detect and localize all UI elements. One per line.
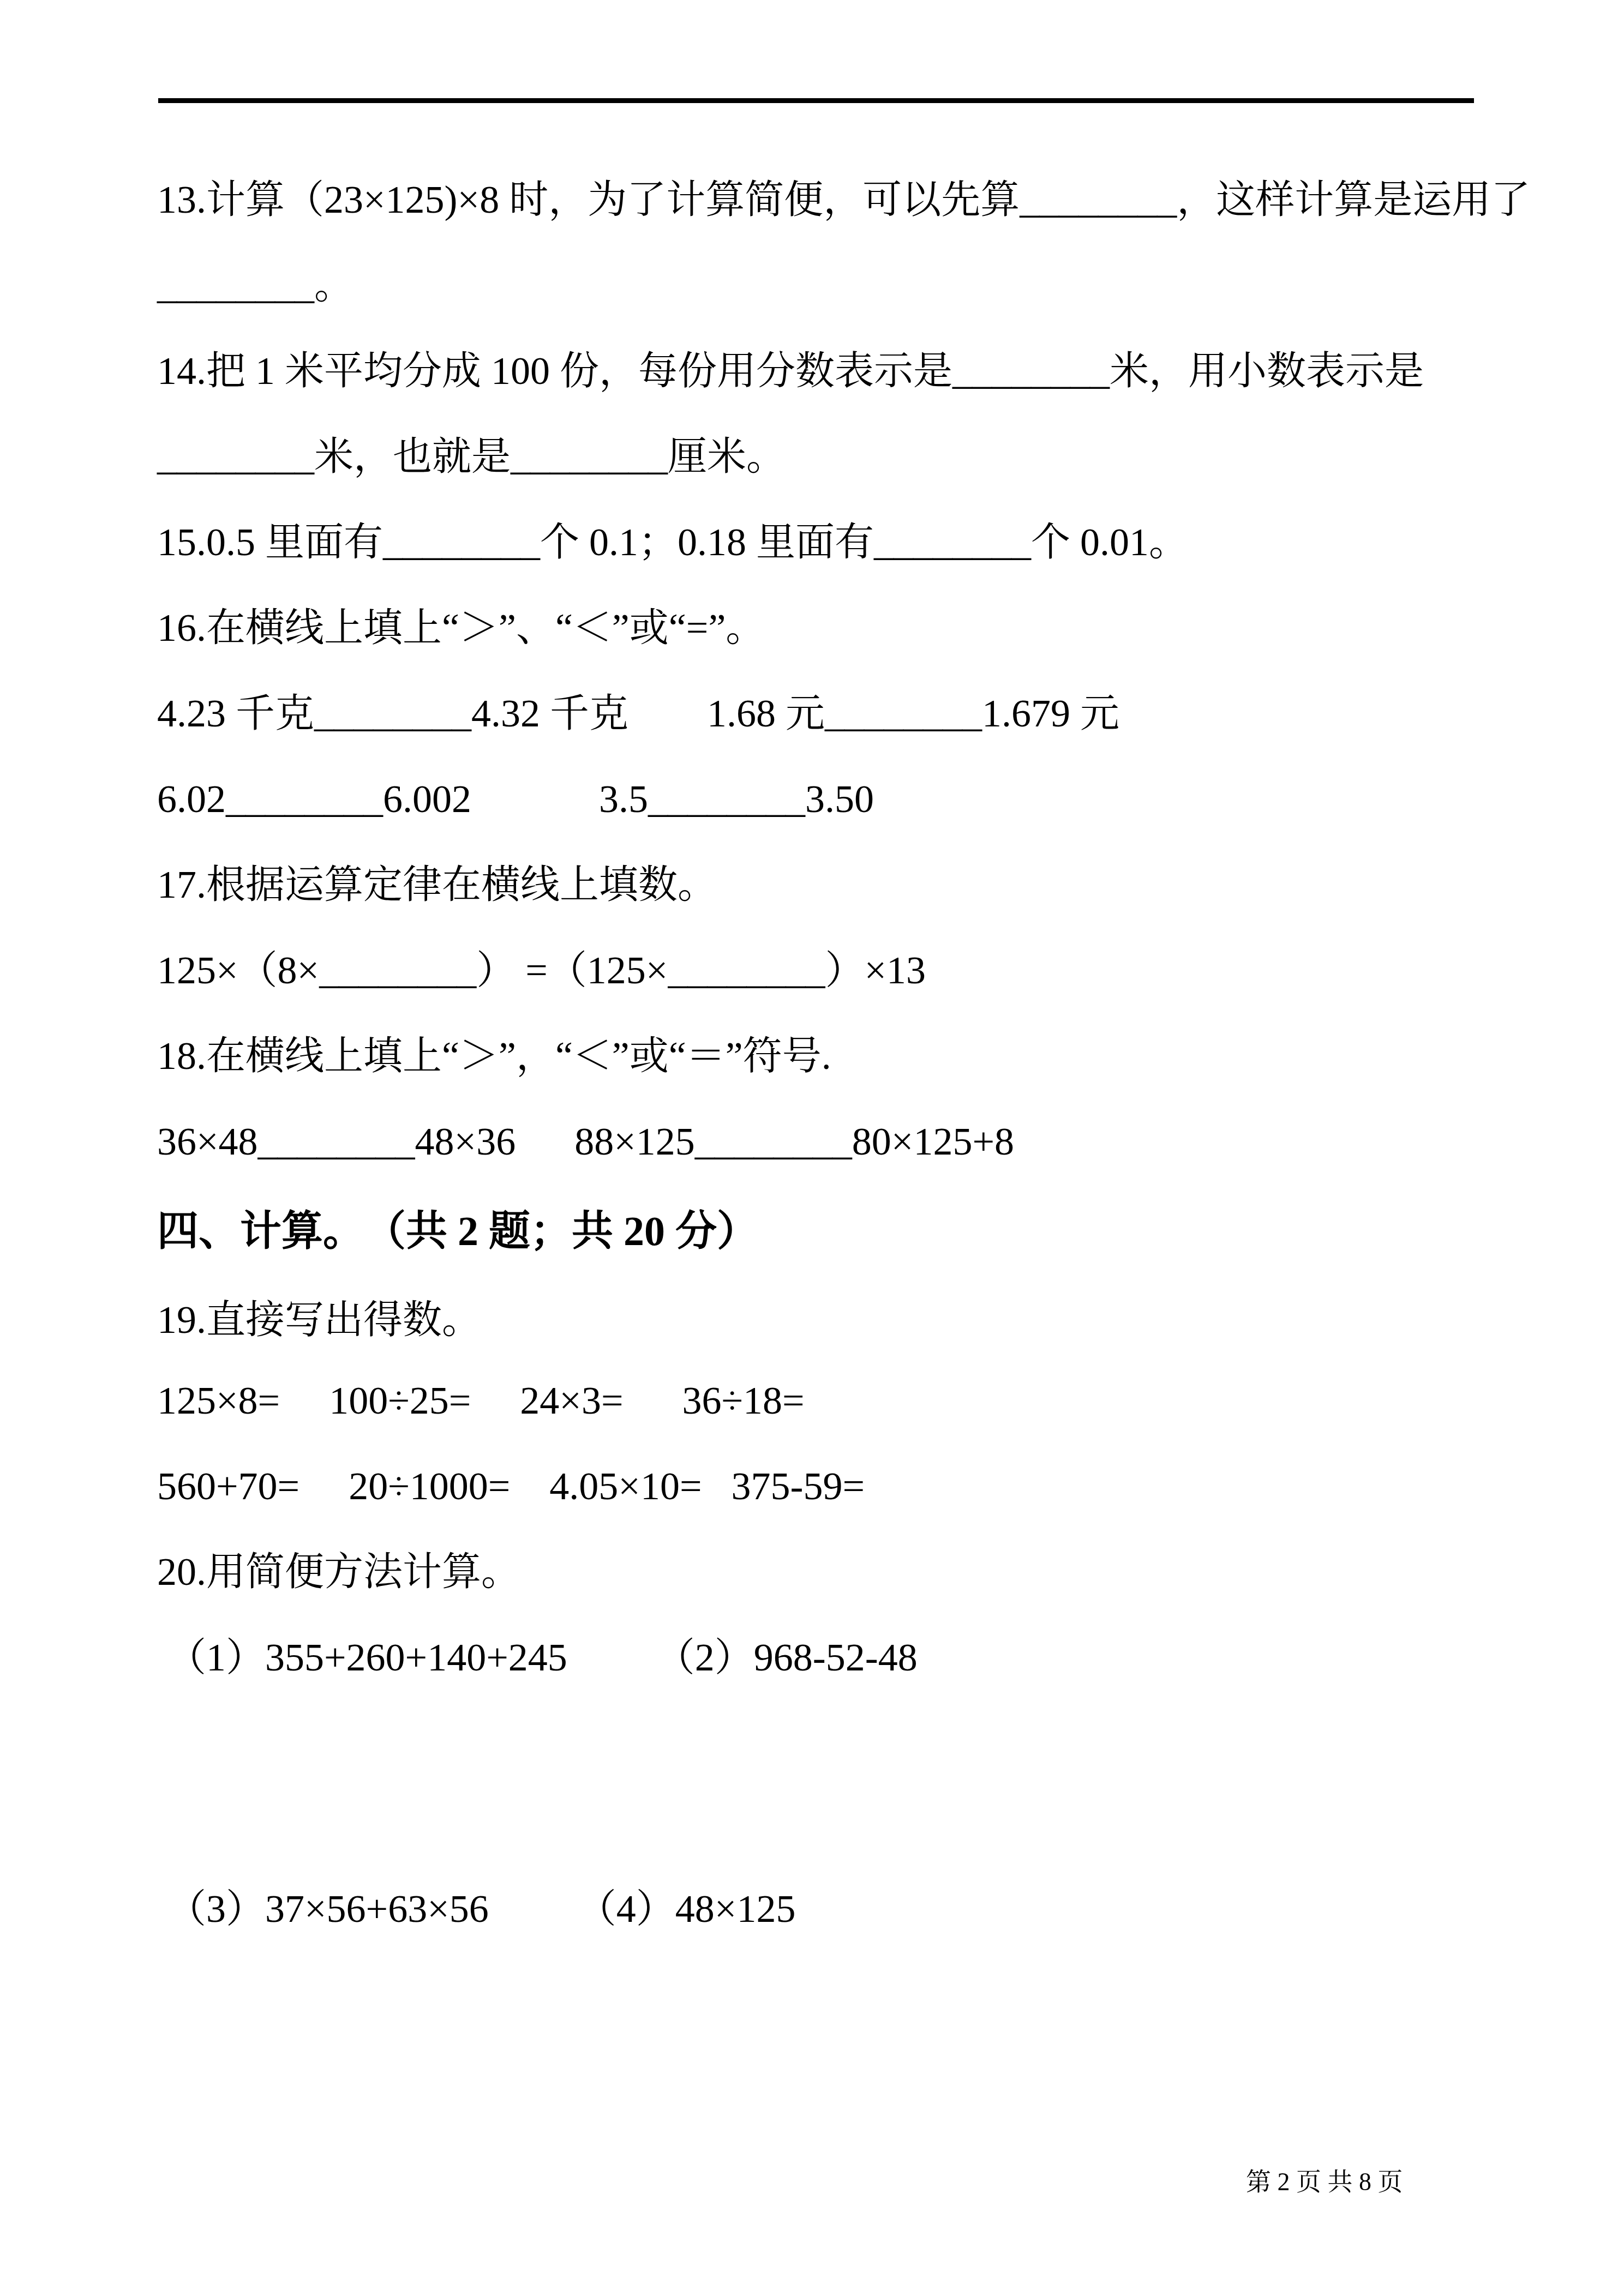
question-14-line-2: ________米，也就是________厘米。	[157, 437, 786, 476]
question-16-title: 16.在横线上填上“＞”、“＜”或“=”。	[157, 608, 765, 647]
question-20-row-1: （1）355+260+140+245 （2）968-52-48	[157, 1638, 918, 1677]
question-19-title: 19.直接写出得数。	[157, 1300, 481, 1339]
question-17-title: 17.根据运算定律在横线上填数。	[157, 865, 717, 904]
question-14-line-1: 14.把 1 米平均分成 100 份，每份用分数表示是________米，用小数…	[157, 351, 1424, 390]
question-19-row-2: 560+70= 20÷1000= 4.05×10= 375-59=	[157, 1466, 865, 1506]
question-20-row-2: （3）37×56+63×56 （4）48×125	[157, 1889, 795, 1928]
exam-paper-page: 13.计算（23×125)×8 时，为了计算简便，可以先算________，这样…	[0, 0, 1624, 2296]
question-18-row: 36×48________48×36 88×125________80×125+…	[157, 1122, 1014, 1161]
question-15: 15.0.5 里面有________个 0.1；0.18 里面有________…	[157, 522, 1188, 562]
header-rule	[158, 98, 1474, 103]
question-16-row-2: 6.02________6.002 3.5________3.50	[157, 779, 874, 819]
section-4-heading: 四、计算。 （共 2 题；共 20 分）	[157, 1211, 758, 1252]
question-16-row-1: 4.23 千克________4.32 千克 1.68 元________1.6…	[157, 694, 1119, 733]
question-19-row-1: 125×8= 100÷25= 24×3= 36÷18=	[157, 1381, 805, 1420]
page-footer: 第 2 页 共 8 页	[1246, 2169, 1403, 2195]
question-13-line-1: 13.计算（23×125)×8 时，为了计算简便，可以先算________，这样…	[157, 180, 1530, 219]
question-18-title: 18.在横线上填上“＞”，“＜”或“＝”符号.	[157, 1036, 831, 1075]
question-17-equation: 125×（8×________） =（125×________）×13	[157, 951, 926, 990]
question-13-line-2-blank: ________。	[157, 266, 353, 305]
question-20-title: 20.用简便方法计算。	[157, 1552, 520, 1591]
